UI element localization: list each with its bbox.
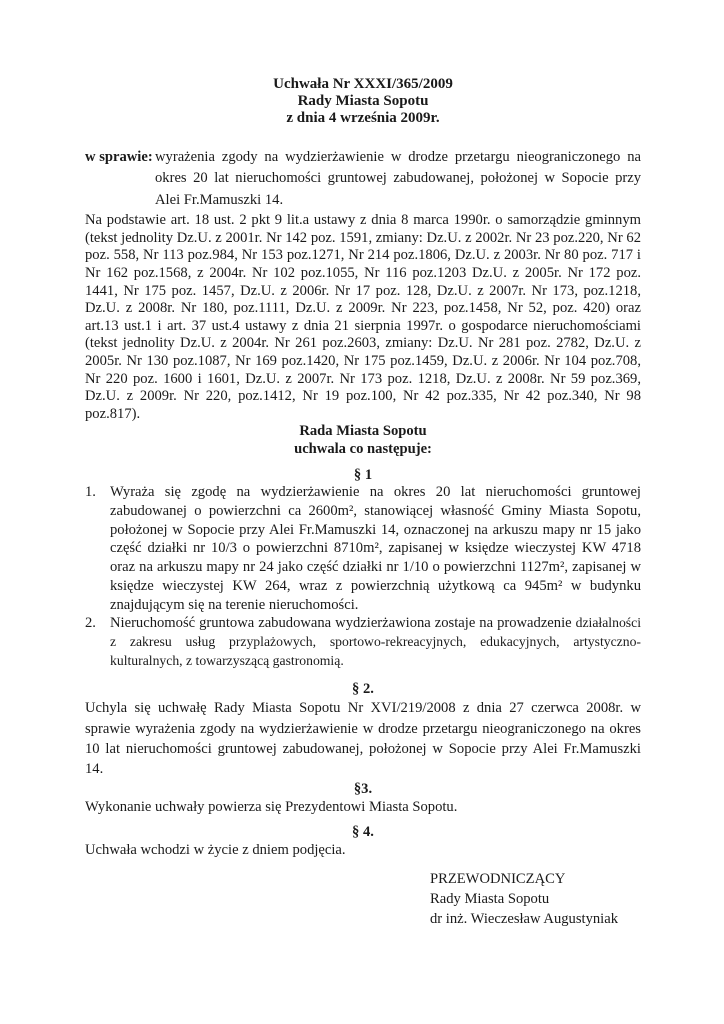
section-4-paragraph: Uchwała wchodzi w życie z dniem podjęcia…	[85, 841, 641, 859]
list-item-2: 2. Nieruchomość gruntowa zabudowana wydz…	[85, 614, 641, 670]
resolution-heading-enacts: uchwala co następuje:	[85, 441, 641, 459]
signature-authority: Rady Miasta Sopotu	[430, 889, 641, 909]
section-2-heading: § 2.	[85, 680, 641, 698]
list-item-1: 1. Wyraża się zgodę na wydzierżawienie n…	[85, 483, 641, 614]
subject-block: w sprawie: wyrażenia zgody na wydzierżaw…	[85, 147, 641, 211]
list-item-2-number: 2.	[85, 614, 110, 670]
signature-role: PRZEWODNICZĄCY	[430, 869, 641, 889]
document-title-line-date: z dnia 4 września 2009r.	[85, 110, 641, 127]
list-item-1-text: Wyraża się zgodę na wydzierżawienie na o…	[110, 483, 641, 614]
document-title-line-authority: Rady Miasta Sopotu	[85, 93, 641, 110]
section-3-heading: §3.	[85, 780, 641, 798]
section-2-paragraph: Uchyla się uchwałę Rady Miasta Sopotu Nr…	[85, 698, 641, 779]
document-title-line-number: Uchwała Nr XXXI/365/2009	[85, 76, 641, 93]
resolution-heading: Rada Miasta Sopotu uchwala co następuje:	[85, 423, 641, 458]
signature-block: PRZEWODNICZĄCY Rady Miasta Sopotu dr inż…	[430, 869, 641, 929]
list-item-1-number: 1.	[85, 483, 110, 614]
document-page: Uchwała Nr XXXI/365/2009 Rady Miasta Sop…	[0, 0, 724, 1024]
list-item-2-text-lead: Nieruchomość gruntowa zabudowana wydzier…	[110, 615, 576, 631]
list-item-2-text: Nieruchomość gruntowa zabudowana wydzier…	[110, 614, 641, 670]
document-content: Uchwała Nr XXXI/365/2009 Rady Miasta Sop…	[85, 76, 641, 929]
section-3-paragraph: Wykonanie uchwały powierza się Prezydent…	[85, 798, 641, 816]
subject-label: w sprawie:	[85, 147, 155, 211]
resolution-heading-authority: Rada Miasta Sopotu	[85, 423, 641, 441]
section-4-heading: § 4.	[85, 823, 641, 841]
signature-name: dr inż. Wieczesław Augustyniak	[430, 909, 641, 929]
legal-basis-paragraph: Na podstawie art. 18 ust. 2 pkt 9 lit.a …	[85, 212, 641, 423]
document-title: Uchwała Nr XXXI/365/2009 Rady Miasta Sop…	[85, 76, 641, 127]
subject-text: wyrażenia zgody na wydzierżawienie w dro…	[155, 147, 641, 211]
section-1-heading: § 1	[85, 467, 641, 483]
